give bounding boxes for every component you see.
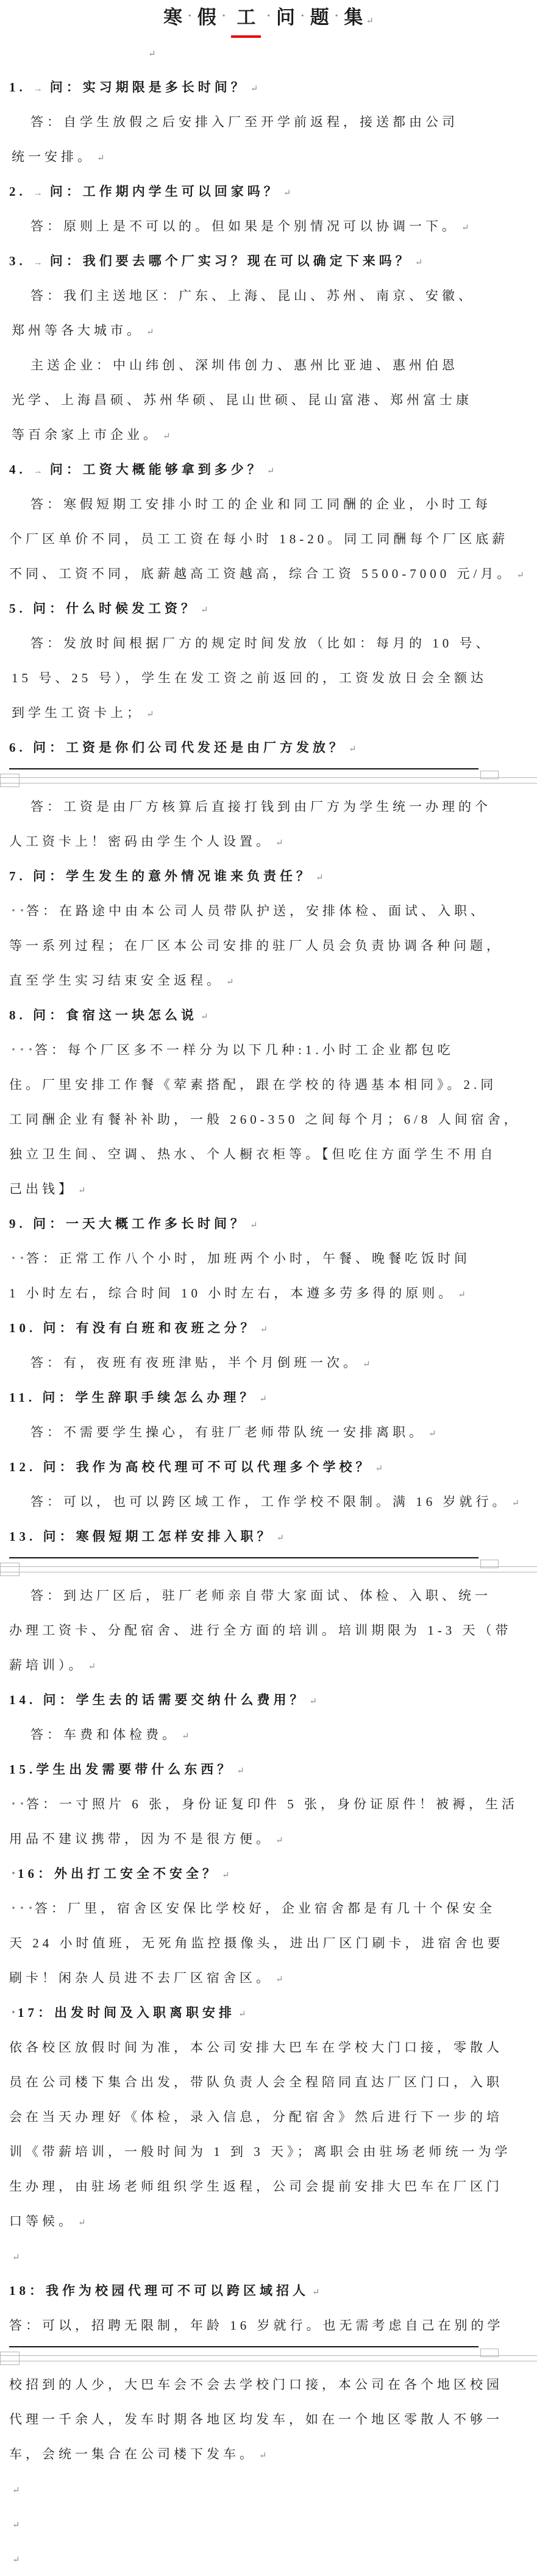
- text-run: 答：原则上是不可以的。但如果是个别情况可以协调一下。: [30, 219, 458, 234]
- text-run: 答：有，夜班有夜班津贴，半个月倒班一次。: [30, 1355, 360, 1370]
- space-dot-mark: ·: [20, 1796, 24, 1812]
- answer-7-line-1[interactable]: ··答：在路途中由本公司人员带队护送，安排体检、面试、入职、: [0, 894, 537, 929]
- para-17-line-5[interactable]: 生办理，由驻场老师组织学生返程，公司会提前安排大巴车在厂区门: [0, 2169, 537, 2204]
- space-dot-mark: ·: [266, 9, 271, 23]
- paragraph-mark: ↵: [415, 258, 423, 268]
- paragraph-mark: ↵: [251, 84, 258, 94]
- blank-line-1[interactable]: ↵: [0, 2239, 537, 2274]
- text-run: 答：到达厂区后，驻厂老师亲自带大家面试、体检、入职、统一: [30, 1588, 491, 1603]
- text-run: 1 小时左右，综合时间 10 小时左右，本遵多劳多得的原则。: [9, 1286, 455, 1300]
- space-dot-mark: ·: [11, 1866, 16, 1882]
- title-char: 寒: [163, 0, 182, 35]
- answer-6-line-1[interactable]: 答：工资是由厂方核算后直接打钱到由厂方为学生统一办理的个: [0, 790, 537, 824]
- page-break-2: [0, 1554, 537, 1579]
- text-run: 8. 问：食宿这一块怎么说: [9, 1008, 197, 1022]
- text-run: 不同、工资不同，底薪越高工资越高，综合工资 5500-7000 元/月。: [9, 566, 513, 581]
- paragraph-mark: ↵: [512, 1499, 520, 1508]
- paragraph-mark: ↵: [461, 223, 469, 233]
- text-run: 到学生工资卡上；: [12, 705, 143, 720]
- text-run: 答：寒假短期工安排小时工的企业和同工同酬的企业，小时工每: [30, 497, 491, 512]
- paragraph-mark: ↵: [163, 432, 171, 441]
- text-run: 等一系列过程；在厂区本公司安排的驻厂人员会负责协调各种问题，: [9, 938, 503, 953]
- para-17-line-3[interactable]: 会在当天办理好《体检，录入信息，分配宿舍》然后进行下一步的培: [0, 2100, 537, 2135]
- title-char: 问: [276, 0, 295, 35]
- question-9[interactable]: 9. 问：一天大概工作多长时间？↵: [0, 1207, 537, 1241]
- paragraph-mark: ↵: [236, 1766, 244, 1776]
- text-run: 答：工资是由厂方核算后直接打钱到由厂方为学生统一办理的个: [30, 799, 491, 814]
- paragraph-mark: ↵: [201, 605, 208, 615]
- text-run: 10. 问：有没有白班和夜班之分？: [9, 1321, 257, 1335]
- para-17-line-2[interactable]: 员在公司楼下集合出发，带队负责人会全程陪同直达厂区门口，入职: [0, 2065, 537, 2100]
- page-bottom-border: [9, 2346, 478, 2347]
- answer-13-line-3[interactable]: 薪培训）。↵: [0, 1648, 537, 1683]
- text-run: 刷卡！闲杂人员进不去厂区宿舍区。: [9, 1971, 272, 1985]
- page-gap-lines: [0, 777, 537, 783]
- text-run: 己出钱】: [9, 1182, 75, 1196]
- document-page: 寒·假·工·问·题·集↵ ↵1.→问：实习期限是多长时间？↵答：自学生放假之后安…: [0, 0, 537, 2576]
- text-run: 5. 问：什么时候发工资？: [9, 601, 197, 616]
- text-run: 天 24 小时值班，无死角监控摄像头，进出厂区门刷卡，进宿舍也要: [9, 1936, 504, 1950]
- answer-18-line-4[interactable]: 车，会统一集合在公司楼下发车。↵: [0, 2437, 537, 2472]
- tab-mark: →: [34, 188, 43, 198]
- blank-line-3[interactable]: ↵: [0, 2506, 537, 2541]
- answer-6-line-2[interactable]: 人工资卡上！密码由学生个人设置。↵: [0, 824, 537, 859]
- page-break-3: [0, 2343, 537, 2367]
- text-run: 14. 问：学生去的话需要交纳什么费用？: [9, 1693, 307, 1707]
- paragraph-mark: ↵: [267, 466, 275, 476]
- question-15[interactable]: 15.学生出发需要带什么东西？↵: [0, 1752, 537, 1787]
- text-run: 17：出发时间及入职离职安排: [18, 2005, 235, 2020]
- text-run: 9. 问：一天大概工作多长时间？: [9, 1216, 247, 1231]
- space-dot-mark: ·: [11, 1251, 16, 1266]
- question-13[interactable]: 13. 问：寒假短期工怎样安排入职？↵: [0, 1519, 537, 1554]
- text-run: 住。厂里安排工作餐《荤素搭配，跟在学校的待遇基本相同》。2.同: [9, 1077, 497, 1092]
- pilcrow-after-title[interactable]: ↵: [0, 35, 537, 70]
- text-run: 答：厂里，宿舍区安保比学校好，企业宿舍都是有几十个保安全: [35, 1901, 496, 1916]
- answer-7-line-2[interactable]: 等一系列过程；在厂区本公司安排的驻厂人员会负责协调各种问题，: [0, 929, 537, 963]
- text-run: 薪培训）。: [9, 1658, 85, 1672]
- text-run: 生办理，由驻场老师组织学生返程，公司会提前安排大巴车在厂区门: [9, 2179, 503, 2194]
- paragraph-mark: ↵: [312, 2288, 320, 2297]
- text-run: 答：每个厂区多不一样分为以下几种:1.小时工企业都包吃: [35, 1043, 454, 1057]
- space-dot-mark: ·: [11, 1900, 16, 1916]
- space-dot-mark: ·: [335, 9, 339, 23]
- answer-4-line-2[interactable]: 个厂区单价不同，员工工资在每小时 18-20。同工同酬每个厂区底薪: [0, 522, 537, 557]
- text-run: 15.学生出发需要带什么东西？: [9, 1762, 233, 1777]
- question-1[interactable]: 1.→问：实习期限是多长时间？↵: [0, 70, 537, 105]
- text-run: 答：发放时间根据厂方的规定时间发放（比如：每月的 10 号、: [30, 636, 493, 651]
- text-run: 4.: [9, 462, 26, 477]
- text-run: 人工资卡上！密码由学生个人设置。: [9, 834, 272, 849]
- answer-5-line-2[interactable]: 15 号、25 号），学生在发工资之前返回的，工资发放日会全额达: [0, 661, 537, 696]
- paragraph-mark: ↵: [146, 710, 154, 719]
- space-dot-mark: ·: [20, 1251, 24, 1266]
- text-run: 问：实习期限是多长时间？: [50, 80, 247, 95]
- text-run: 用品不建议携带，因为不是很方便。: [9, 1832, 272, 1846]
- page-edge-left: [0, 1563, 20, 1576]
- answer-13-line-2[interactable]: 办理工资卡、分配宿舍、进行全方面的培训。培训期限为 1-3 天（带: [0, 1613, 537, 1648]
- answer-16-line-3[interactable]: 刷卡！闲杂人员进不去厂区宿舍区。↵: [0, 1961, 537, 1996]
- text-run: 光学、上海昌硕、苏州华硕、昆山世硕、昆山富港、郑州富士康: [12, 393, 472, 407]
- title-char: 集: [344, 0, 363, 35]
- text-run: 代理一千余人，发车时期各地区均发车，如在一个地区零散人不够一: [9, 2412, 503, 2427]
- space-dot-mark: ·: [11, 1042, 16, 1058]
- page-bottom-border: [9, 1557, 478, 1558]
- page-edge-left: [0, 774, 20, 787]
- blank-line-2[interactable]: ↵: [0, 2472, 537, 2506]
- text-run: 6. 问：工资是你们公司代发还是由厂方发放？: [9, 740, 346, 755]
- paragraph-mark: ↵: [97, 154, 105, 163]
- text-run: 工同酬企业有餐补补助，一般 260-350 之间每个月；6/8 人间宿舍，: [9, 1112, 521, 1127]
- text-run: 等百余家上市企业。: [12, 427, 160, 442]
- text-run: 2.: [9, 184, 26, 199]
- paragraph-mark: ↵: [201, 1012, 208, 1022]
- answer-16-line-1[interactable]: ···答：厂里，宿舍区安保比学校好，企业宿舍都是有几十个保安全: [0, 1891, 537, 1926]
- space-dot-mark: ·: [28, 1900, 33, 1916]
- question-7[interactable]: 7. 问：学生发生的意外情况谁来负责任？↵: [0, 859, 537, 894]
- question-8[interactable]: 8. 问：食宿这一块怎么说↵: [0, 998, 537, 1033]
- paragraph-mark: ↵: [259, 2451, 267, 2461]
- question-3[interactable]: 3.→问：我们要去哪个厂实习？现在可以确定下来吗？↵: [0, 244, 537, 279]
- answer-3-line-4[interactable]: 光学、上海昌硕、苏州华硕、昆山世硕、昆山富港、郑州富士康: [0, 383, 537, 418]
- answer-9-line-2[interactable]: 1 小时左右，综合时间 10 小时左右，本遵多劳多得的原则。↵: [0, 1276, 537, 1311]
- paragraph-mark: ↵: [366, 16, 374, 26]
- text-run: 答：不需要学生操心，有驻厂老师带队统一安排离职。: [30, 1425, 425, 1440]
- answer-3-line-2[interactable]: 郑州等各大城市。↵: [0, 313, 537, 348]
- page-gap-lines: [0, 2355, 537, 2361]
- paragraph-mark: ↵: [78, 2218, 86, 2228]
- tab-mark: →: [34, 466, 43, 476]
- text-run: 11. 问：学生辞职手续怎么办理？: [9, 1390, 256, 1405]
- text-run: 依各校区放假时间为准，本公司安排大巴车在学校大门口接，零散人: [9, 2040, 503, 2055]
- answer-10-line-1[interactable]: 答：有，夜班有夜班津贴，半个月倒班一次。↵: [0, 1346, 537, 1380]
- space-dot-mark: ·: [11, 903, 16, 919]
- text-run: 7. 问：学生发生的意外情况谁来负责任？: [9, 869, 313, 883]
- blank-line-4[interactable]: ↵: [0, 2541, 537, 2576]
- answer-12-line-1[interactable]: 答：可以，也可以跨区域工作，工作学校不限制。满 16 岁就行。↵: [0, 1485, 537, 1519]
- paragraph-mark: ↵: [310, 1697, 318, 1707]
- paragraph-mark: ↵: [12, 2486, 20, 2496]
- text-run: 答：可以，也可以跨区域工作，工作学校不限制。满 16 岁就行。: [30, 1494, 509, 1509]
- text-run: 口等候。: [9, 2214, 75, 2228]
- text-run: 答：在路途中由本公司人员带队护送，安排体检、面试、入职、: [26, 904, 487, 918]
- text-run: 主送企业：中山纬创、深圳伟创力、惠州比亚迪、惠州伯恩: [30, 358, 458, 373]
- text-run: 答：可以，招聘无限制，年龄 16 岁就行。也无需考虑自己在别的学: [9, 2318, 504, 2333]
- question-4[interactable]: 4.→问：工资大概能够拿到多少？↵: [0, 452, 537, 487]
- question-18[interactable]: 18：我作为校园代理可不可以跨区域招人↵: [0, 2274, 537, 2308]
- space-dot-mark: ·: [11, 1796, 16, 1812]
- space-dot-mark: ·: [20, 1042, 24, 1058]
- answer-8-line-4[interactable]: 独立卫生间、空调、热水、个人橱衣柜等。【但吃住方面学生不用自: [0, 1137, 537, 1172]
- paragraph-mark: ↵: [182, 1732, 190, 1741]
- answer-3-line-3[interactable]: 主送企业：中山纬创、深圳伟创力、惠州比亚迪、惠州伯恩: [0, 348, 537, 383]
- para-17-line-6[interactable]: 口等候。↵: [0, 2204, 537, 2239]
- text-run: 统一安排。: [12, 149, 94, 164]
- answer-1-line-1[interactable]: 答：自学生放假之后安排入厂至开学前返程，接送都由公司: [0, 105, 537, 140]
- answer-18-line-3[interactable]: 代理一千余人，发车时期各地区均发车，如在一个地区零散人不够一: [0, 2402, 537, 2437]
- answer-8-line-3[interactable]: 工同酬企业有餐补补助，一般 260-350 之间每个月；6/8 人间宿舍，: [0, 1102, 537, 1137]
- text-run: 18：我作为校园代理可不可以跨区域招人: [9, 2283, 309, 2298]
- answer-3-line-1[interactable]: 答：我们主送地区：广东、上海、昆山、苏州、南京、安徽、: [0, 279, 537, 313]
- text-run: 13. 问：寒假短期工怎样安排入职？: [9, 1529, 274, 1544]
- paragraph-mark: ↵: [429, 1429, 436, 1439]
- answer-1-line-2[interactable]: 统一安排。↵: [0, 140, 537, 174]
- text-run: 答：车费和体检费。: [30, 1727, 179, 1742]
- answer-4-line-1[interactable]: 答：寒假短期工安排小时工的企业和同工同酬的企业，小时工每: [0, 487, 537, 522]
- answer-18-line-1[interactable]: 答：可以，招聘无限制，年龄 16 岁就行。也无需考虑自己在别的学: [0, 2308, 537, 2343]
- paragraph-mark: ↵: [260, 1325, 268, 1335]
- answer-8-line-2[interactable]: 住。厂里安排工作餐《荤素搭配，跟在学校的待遇基本相同》。2.同: [0, 1068, 537, 1102]
- page-bottom-border: [9, 768, 478, 769]
- question-12[interactable]: 12. 问：我作为高校代理可不可以代理多个学校？↵: [0, 1450, 537, 1485]
- paragraph-mark: ↵: [78, 1186, 86, 1196]
- paragraph-mark: ↵: [250, 1221, 258, 1230]
- text-run: 直至学生实习结束安全返程。: [9, 973, 223, 988]
- answer-8-line-1[interactable]: ···答：每个厂区多不一样分为以下几种:1.小时工企业都包吃: [0, 1033, 537, 1068]
- paragraph-mark: ↵: [316, 873, 324, 883]
- text-run: 16：外出打工安全不安全？: [18, 1866, 219, 1881]
- text-run: 答：自学生放假之后安排入厂至开学前返程，接送都由公司: [30, 115, 458, 129]
- answer-5-line-3[interactable]: 到学生工资卡上；↵: [0, 696, 537, 730]
- space-dot-mark: ·: [11, 2005, 16, 2021]
- answer-18-line-2[interactable]: 校招到的人少，大巴车会不会去学校门口接，本公司在各个地区校园: [0, 2367, 537, 2402]
- paragraph-mark: ↵: [458, 1290, 466, 1300]
- text-run: 郑州等各大城市。: [12, 323, 143, 338]
- tab-mark: →: [34, 258, 43, 268]
- text-run: 车，会统一集合在公司楼下发车。: [9, 2447, 256, 2461]
- text-run: 独立卫生间、空调、热水、个人橱衣柜等。【但吃住方面学生不用自: [9, 1147, 497, 1161]
- text-run: 员在公司楼下集合出发，带队负责人会全程陪同直达厂区门口，入职: [9, 2075, 503, 2089]
- title-char: 工: [231, 0, 261, 38]
- answer-2-line-1[interactable]: 答：原则上是不可以的。但如果是个别情况可以协调一下。↵: [0, 209, 537, 244]
- paragraph-mark: ↵: [146, 327, 154, 337]
- para-17-line-4[interactable]: 训《带薪培训，一般时间为 1 到 3 天》；离职会由驻场老师统一为学: [0, 2135, 537, 2169]
- question-5[interactable]: 5. 问：什么时候发工资？↵: [0, 591, 537, 626]
- paragraph-mark: ↵: [363, 1360, 371, 1369]
- space-dot-mark: ·: [301, 9, 305, 23]
- paragraph-mark: ↵: [12, 2555, 20, 2565]
- text-run: 办理工资卡、分配宿舍、进行全方面的培训。培训期限为 1-3 天（带: [9, 1623, 512, 1638]
- page-edge-right: [480, 2349, 499, 2357]
- space-dot-mark: ·: [222, 9, 226, 23]
- tab-mark: →: [34, 84, 43, 94]
- answer-5-line-1[interactable]: 答：发放时间根据厂方的规定时间发放（比如：每月的 10 号、: [0, 626, 537, 661]
- answer-3-line-5[interactable]: 等百余家上市企业。↵: [0, 418, 537, 452]
- answer-11-line-1[interactable]: 答：不需要学生操心，有驻厂老师带队统一安排离职。↵: [0, 1415, 537, 1450]
- text-run: 3.: [9, 254, 26, 268]
- paragraph-mark: ↵: [276, 1836, 283, 1846]
- answer-15-line-1[interactable]: ··答：一寸照片 6 张，身份证复印件 5 张，身份证原件！被褥，生活: [0, 1787, 537, 1822]
- page-edge-right: [480, 771, 499, 779]
- title-char: 假: [197, 0, 216, 35]
- document-title[interactable]: 寒·假·工·问·题·集↵: [0, 0, 537, 35]
- paragraph-mark: ↵: [259, 1394, 267, 1404]
- page-gap-lines: [0, 1566, 537, 1572]
- paragraph-mark: ↵: [375, 1464, 383, 1474]
- paragraph-mark: ↵: [349, 744, 357, 754]
- text-run: 1.: [9, 80, 26, 95]
- question-2[interactable]: 2.→问：工作期内学生可以回家吗？↵: [0, 174, 537, 209]
- question-10[interactable]: 10. 问：有没有白班和夜班之分？↵: [0, 1311, 537, 1346]
- text-run: 个厂区单价不同，员工工资在每小时 18-20。同工同酬每个厂区底薪: [9, 532, 508, 546]
- paragraph-mark: ↵: [276, 1975, 283, 1985]
- question-14[interactable]: 14. 问：学生去的话需要交纳什么费用？↵: [0, 1683, 537, 1718]
- space-dot-mark: ·: [188, 9, 192, 23]
- text-run: 校招到的人少，大巴车会不会去学校门口接，本公司在各个地区校园: [9, 2377, 503, 2392]
- page-edge-right: [480, 1560, 499, 1568]
- text-run: 12. 问：我作为高校代理可不可以代理多个学校？: [9, 1460, 372, 1474]
- paragraph-mark: ↵: [516, 571, 524, 580]
- text-run: 答：正常工作八个小时，加班两个小时，午餐、晚餐吃饭时间: [26, 1251, 471, 1266]
- answer-16-line-2[interactable]: 天 24 小时值班，无死角监控摄像头，进出厂区门刷卡，进宿舍也要: [0, 1926, 537, 1961]
- question-17[interactable]: ·17：出发时间及入职离职安排↵: [0, 1996, 537, 2030]
- answer-7-line-3[interactable]: 直至学生实习结束安全返程。↵: [0, 963, 537, 998]
- question-16[interactable]: ·16：外出打工安全不安全？↵: [0, 1857, 537, 1891]
- space-dot-mark: ·: [28, 1042, 33, 1058]
- text-run: 问：工资大概能够拿到多少？: [50, 462, 264, 477]
- question-6[interactable]: 6. 问：工资是你们公司代发还是由厂方发放？↵: [0, 730, 537, 765]
- question-11[interactable]: 11. 问：学生辞职手续怎么办理？↵: [0, 1380, 537, 1415]
- paragraph-mark: ↵: [222, 1871, 230, 1880]
- text-run: 问：工作期内学生可以回家吗？: [50, 184, 280, 199]
- paragraph-mark: ↵: [88, 1662, 96, 1672]
- answer-13-line-1[interactable]: 答：到达厂区后，驻厂老师亲自带大家面试、体检、入职、统一: [0, 1579, 537, 1613]
- answer-9-line-1[interactable]: ··答：正常工作八个小时，加班两个小时，午餐、晚餐吃饭时间: [0, 1241, 537, 1276]
- paragraph-mark: ↵: [276, 838, 283, 848]
- text-run: 答：我们主送地区：广东、上海、昆山、苏州、南京、安徽、: [30, 288, 475, 303]
- paragraph-mark: ↵: [226, 977, 234, 987]
- paragraph-mark: ↵: [148, 49, 156, 59]
- page-break-1: [0, 765, 537, 790]
- paragraph-mark: ↵: [283, 188, 291, 198]
- paragraph-mark: ↵: [12, 2253, 20, 2263]
- para-17-line-1[interactable]: 依各校区放假时间为准，本公司安排大巴车在学校大门口接，零散人: [0, 2030, 537, 2065]
- text-run: 答：一寸照片 6 张，身份证复印件 5 张，身份证原件！被褥，生活: [26, 1797, 518, 1811]
- space-dot-mark: ·: [20, 1900, 24, 1916]
- document-body: ↵1.→问：实习期限是多长时间？↵答：自学生放假之后安排入厂至开学前返程，接送都…: [0, 35, 537, 2576]
- text-run: 问：我们要去哪个厂实习？现在可以确定下来吗？: [50, 254, 412, 268]
- paragraph-mark: ↵: [238, 2010, 246, 2019]
- paragraph-mark: ↵: [277, 1533, 285, 1543]
- text-run: 15 号、25 号），学生在发工资之前返回的，工资发放日会全额达: [12, 671, 487, 685]
- answer-4-line-3[interactable]: 不同、工资不同，底薪越高工资越高，综合工资 5500-7000 元/月。↵: [0, 557, 537, 591]
- text-run: 会在当天办理好《体检，录入信息，分配宿舍》然后进行下一步的培: [9, 2110, 503, 2124]
- space-dot-mark: ·: [20, 903, 24, 919]
- paragraph-mark: ↵: [12, 2521, 20, 2530]
- page-edge-left: [0, 2352, 20, 2365]
- title-char: 题: [310, 0, 329, 35]
- answer-15-line-2[interactable]: 用品不建议携带，因为不是很方便。↵: [0, 1822, 537, 1857]
- text-run: 训《带薪培训，一般时间为 1 到 3 天》；离职会由驻场老师统一为学: [9, 2144, 511, 2159]
- answer-8-line-5[interactable]: 己出钱】↵: [0, 1172, 537, 1207]
- answer-14-line-1[interactable]: 答：车费和体检费。↵: [0, 1718, 537, 1752]
